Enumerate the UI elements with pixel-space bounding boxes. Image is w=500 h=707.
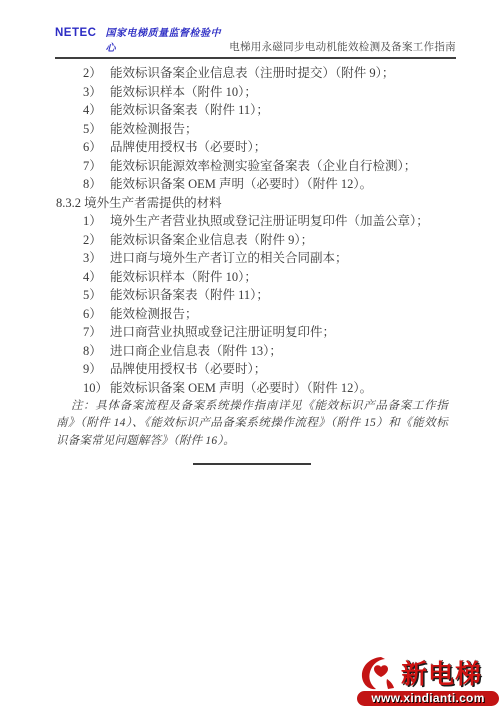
list-item: 6） 能效检测报告；: [83, 305, 448, 324]
list-item-number: 1）: [83, 212, 110, 231]
list-item: 2） 能效标识备案企业信息表（附件 9）；: [83, 231, 448, 250]
list-item: 3） 能效标识样本（附件 10）；: [83, 83, 448, 102]
list-item-number: 5）: [83, 286, 110, 305]
note-paragraph: 注：具体备案流程及备案系统操作指南详见《能效标识产品备案工作指南》（附件 14）…: [56, 398, 448, 450]
document-title: 电梯用永磁同步电动机能效检测及备案工作指南: [229, 39, 456, 54]
list-item-text: 能效标识备案表（附件 11）；: [110, 101, 269, 120]
list-item-text: 能效标识备案企业信息表（附件 9）；: [110, 231, 313, 250]
list-item-number: 3）: [83, 249, 110, 268]
list-item-text: 能效标识样本（附件 10）；: [110, 268, 257, 287]
list-item-text: 能效标识样本（附件 10）；: [110, 83, 257, 102]
list-item: 4） 能效标识备案表（附件 11）；: [83, 101, 448, 120]
xindianti-watermark: 新电梯 www.xindianti.com: [357, 657, 499, 706]
document-body: 2） 能效标识备案企业信息表（注册时提交）（附件 9）； 3） 能效标识样本（附…: [56, 64, 448, 465]
list-item-number: 9）: [83, 360, 110, 379]
list-item-number: 10）: [83, 379, 110, 398]
list-item: 2） 能效标识备案企业信息表（注册时提交）（附件 9）；: [83, 64, 448, 83]
list-item-number: 7）: [83, 323, 110, 342]
list-item-number: 4）: [83, 101, 110, 120]
list-item-number: 7）: [83, 157, 110, 176]
list-item-text: 品牌使用授权书（必要时）；: [110, 360, 266, 379]
list-item-text: 品牌使用授权书（必要时）；: [110, 138, 266, 157]
list-item: 1） 境外生产者营业执照或登记注册证明复印件（加盖公章）；: [83, 212, 448, 231]
list-item-number: 2）: [83, 231, 110, 250]
brand-url-bar: www.xindianti.com: [357, 691, 499, 706]
list-item: 8） 进口商企业信息表（附件 13）；: [83, 342, 448, 361]
brand-top-row: 新电梯: [357, 657, 499, 690]
list-item-text: 能效标识能源效率检测实验室备案表（企业自行检测）；: [110, 157, 416, 176]
list-item-text: 能效标识备案 OEM 声明（必要时）（附件 12）。: [110, 379, 372, 398]
netec-logo-text: NETEC: [55, 27, 96, 39]
brand-name-text: 新电梯: [401, 659, 482, 689]
list-item: 4） 能效标识样本（附件 10）；: [83, 268, 448, 287]
end-of-section-rule: [193, 463, 311, 465]
page-header: NETEC 国家电梯质量监督检验中心 电梯用永磁同步电动机能效检测及备案工作指南: [55, 32, 456, 59]
list-item-number: 2）: [83, 64, 110, 83]
materials-list-overseas: 1） 境外生产者营业执照或登记注册证明复印件（加盖公章）； 2） 能效标识备案企…: [56, 212, 448, 397]
list-item-text: 能效检测报告；: [110, 305, 198, 324]
list-item-number: 8）: [83, 175, 110, 194]
list-item: 9） 品牌使用授权书（必要时）；: [83, 360, 448, 379]
list-item-number: 6）: [83, 305, 110, 324]
header-left-group: NETEC 国家电梯质量监督检验中心: [55, 24, 229, 54]
list-item-text: 能效检测报告；: [110, 120, 198, 139]
list-item: 5） 能效检测报告；: [83, 120, 448, 139]
list-item: 7） 进口商营业执照或登记注册证明复印件；: [83, 323, 448, 342]
list-item: 7） 能效标识能源效率检测实验室备案表（企业自行检测）；: [83, 157, 448, 176]
list-item-number: 8）: [83, 342, 110, 361]
list-item-number: 4）: [83, 268, 110, 287]
list-item: 5） 能效标识备案表（附件 11）；: [83, 286, 448, 305]
list-item-text: 进口商企业信息表（附件 13）；: [110, 342, 282, 361]
list-item: 3） 进口商与境外生产者订立的相关合同副本；: [83, 249, 448, 268]
materials-list-domestic: 2） 能效标识备案企业信息表（注册时提交）（附件 9）； 3） 能效标识样本（附…: [56, 64, 448, 194]
xindianti-figure-icon: [357, 655, 401, 691]
section-heading: 8.3.2 境外生产者需提供的材料: [56, 194, 448, 213]
list-item: 8） 能效标识备案 OEM 声明（必要时）（附件 12）。: [83, 175, 448, 194]
list-item-number: 6）: [83, 138, 110, 157]
list-item-text: 能效标识备案 OEM 声明（必要时）（附件 12）。: [110, 175, 372, 194]
list-item-number: 3）: [83, 83, 110, 102]
document-page: NETEC 国家电梯质量监督检验中心 电梯用永磁同步电动机能效检测及备案工作指南…: [0, 0, 500, 707]
list-item-text: 进口商与境外生产者订立的相关合同副本；: [110, 249, 348, 268]
list-item-text: 进口商营业执照或登记注册证明复印件；: [110, 323, 335, 342]
list-item: 6） 品牌使用授权书（必要时）；: [83, 138, 448, 157]
organization-name: 国家电梯质量监督检验中心: [105, 24, 229, 54]
list-item: 10） 能效标识备案 OEM 声明（必要时）（附件 12）。: [83, 379, 448, 398]
list-item-number: 5）: [83, 120, 110, 139]
list-item-text: 能效标识备案表（附件 11）；: [110, 286, 269, 305]
list-item-text: 境外生产者营业执照或登记注册证明复印件（加盖公章）；: [110, 212, 429, 231]
list-item-text: 能效标识备案企业信息表（注册时提交）（附件 9）；: [110, 64, 394, 83]
